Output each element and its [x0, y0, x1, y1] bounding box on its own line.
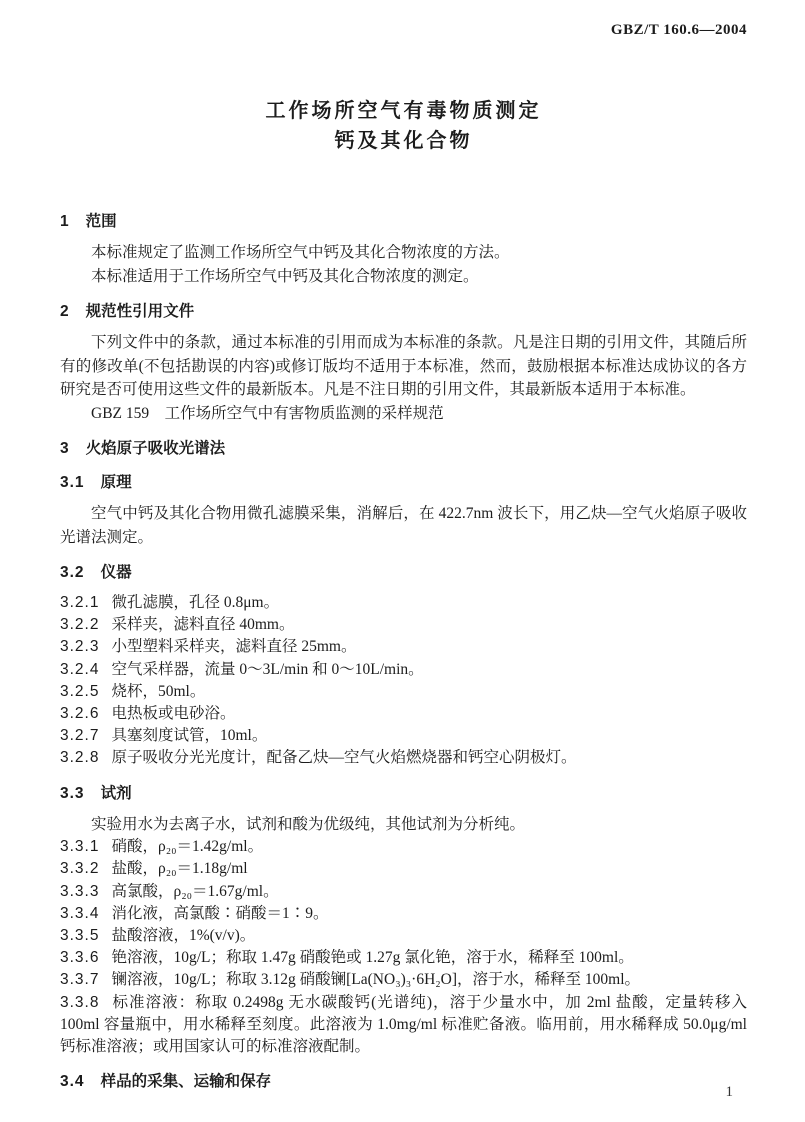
clause-number: 3.2.6	[60, 705, 99, 722]
clause-text: 标准溶液：称取 0.2498g 无水碳酸钙(光谱纯)，溶于少量水中，加 2ml …	[60, 994, 747, 1055]
document-body: 1范围 本标准规定了监测工作场所空气中钙及其化合物浓度的方法。 本标准适用于工作…	[60, 211, 747, 1092]
clause-item-3-2-2: 3.2.2采样夹，滤料直径 40mm。	[60, 614, 747, 636]
section-heading-apparatus: 3.2仪器	[60, 562, 747, 583]
section-number: 1	[60, 213, 70, 230]
clause-number: 3.2.8	[60, 749, 99, 766]
clause-number: 3.2.2	[60, 616, 99, 633]
clause-number: 3.2.7	[60, 727, 99, 744]
clause-item-3-3-6: 3.3.6铯溶液，10g/L；称取 1.47g 硝酸铯或 1.27g 氯化铯，溶…	[60, 947, 747, 969]
standard-number: GBZ/T 160.6—2004	[611, 22, 747, 38]
clause-item-3-3-4: 3.3.4消化液，高氯酸∶硝酸＝1∶9。	[60, 903, 747, 925]
clause-text: 电热板或电砂浴。	[111, 705, 235, 722]
clause-item-3-2-5: 3.2.5烧杯，50ml。	[60, 681, 747, 703]
clause-text: 具塞刻度试管，10ml。	[111, 727, 267, 744]
clause-number: 3.3.5	[60, 927, 99, 944]
clause-number: 3.2.4	[60, 661, 99, 678]
document-title: 工作场所空气有毒物质测定 钙及其化合物	[60, 96, 747, 156]
clause-text: 高氯酸，ρ₂₀＝1.67g/ml。	[111, 883, 278, 900]
clause-number: 3.3.2	[60, 860, 99, 877]
clause-text: 采样夹，滤料直径 40mm。	[111, 616, 294, 633]
section-number: 3.1	[60, 474, 85, 491]
section-heading-scope: 1范围	[60, 211, 747, 232]
clause-item-3-2-8: 3.2.8原子吸收分光光度计，配备乙炔—空气火焰燃烧器和钙空心阴极灯。	[60, 747, 747, 769]
clause-number: 3.3.7	[60, 971, 99, 988]
clause-text: 微孔滤膜，孔径 0.8μm。	[111, 594, 279, 611]
clause-text: 小型塑料采样夹，滤料直径 25mm。	[111, 638, 356, 655]
clause-item-3-3-1: 3.3.1硝酸，ρ₂₀＝1.42g/ml。	[60, 836, 747, 858]
document-header: GBZ/T 160.6—2004	[60, 20, 747, 40]
clause-text: 铯溶液，10g/L；称取 1.47g 硝酸铯或 1.27g 氯化铯，溶于水，稀释…	[111, 949, 633, 966]
reference-entry: GBZ 159 工作场所空气中有害物质监测的采样规范	[60, 402, 747, 426]
section-heading-normative-references: 2规范性引用文件	[60, 301, 747, 322]
clause-text: 空气采样器，流量 0～3L/min 和 0～10L/min。	[111, 661, 423, 678]
scope-paragraph: 本标准规定了监测工作场所空气中钙及其化合物浓度的方法。	[60, 241, 747, 265]
section-title: 仪器	[101, 564, 132, 581]
section-title: 试剂	[101, 785, 132, 802]
title-line-1: 工作场所空气有毒物质测定	[60, 96, 747, 126]
clause-number: 3.3.1	[60, 838, 99, 855]
clause-number: 3.3.8	[60, 994, 99, 1011]
section-heading-reagents: 3.3试剂	[60, 783, 747, 804]
clause-item-3-2-3: 3.2.3小型塑料采样夹，滤料直径 25mm。	[60, 636, 747, 658]
clause-item-3-2-7: 3.2.7具塞刻度试管，10ml。	[60, 725, 747, 747]
section-number: 2	[60, 303, 70, 320]
section-number: 3.3	[60, 785, 85, 802]
document-page: GBZ/T 160.6—2004 工作场所空气有毒物质测定 钙及其化合物 1范围…	[0, 0, 805, 1122]
principle-paragraph: 空气中钙及其化合物用微孔滤膜采集，消解后，在 422.7nm 波长下，用乙炔—空…	[60, 502, 747, 549]
clause-text: 盐酸溶液，1%(v/v)。	[111, 927, 255, 944]
section-title: 范围	[86, 213, 117, 230]
clause-item-3-3-7: 3.3.7镧溶液，10g/L；称取 3.12g 硝酸镧[La(NO₃)₃·6H₂…	[60, 969, 747, 991]
scope-paragraph: 本标准适用于工作场所空气中钙及其化合物浓度的测定。	[60, 265, 747, 289]
clause-text: 消化液，高氯酸∶硝酸＝1∶9。	[111, 905, 328, 922]
section-title: 规范性引用文件	[86, 303, 195, 320]
clause-item-3-3-2: 3.3.2盐酸，ρ₂₀＝1.18g/ml	[60, 858, 747, 880]
clause-number: 3.3.6	[60, 949, 99, 966]
section-number: 3.4	[60, 1073, 85, 1090]
normative-references-paragraph: 下列文件中的条款，通过本标准的引用而成为本标准的条款。凡是注日期的引用文件，其随…	[60, 331, 747, 402]
clause-text: 盐酸，ρ₂₀＝1.18g/ml	[111, 860, 247, 877]
section-number: 3	[60, 440, 70, 457]
clause-text: 原子吸收分光光度计，配备乙炔—空气火焰燃烧器和钙空心阴极灯。	[111, 749, 576, 766]
clause-text: 硝酸，ρ₂₀＝1.42g/ml。	[111, 838, 263, 855]
clause-text: 烧杯，50ml。	[111, 683, 205, 700]
section-heading-method: 3火焰原子吸收光谱法	[60, 438, 747, 459]
title-line-2: 钙及其化合物	[60, 126, 747, 156]
clause-item-3-3-3: 3.3.3高氯酸，ρ₂₀＝1.67g/ml。	[60, 881, 747, 903]
section-title: 样品的采集、运输和保存	[101, 1073, 272, 1090]
clause-number: 3.2.1	[60, 594, 99, 611]
clause-item-3-3-8: 3.3.8标准溶液：称取 0.2498g 无水碳酸钙(光谱纯)，溶于少量水中，加…	[60, 992, 747, 1059]
clause-item-3-2-1: 3.2.1微孔滤膜，孔径 0.8μm。	[60, 592, 747, 614]
clause-number: 3.3.4	[60, 905, 99, 922]
clause-number: 3.2.5	[60, 683, 99, 700]
clause-item-3-3-5: 3.3.5盐酸溶液，1%(v/v)。	[60, 925, 747, 947]
reagents-intro-paragraph: 实验用水为去离子水，试剂和酸为优级纯，其他试剂为分析纯。	[60, 813, 747, 837]
clause-number: 3.3.3	[60, 883, 99, 900]
clause-text: 镧溶液，10g/L；称取 3.12g 硝酸镧[La(NO₃)₃·6H₂O]，溶于…	[111, 971, 640, 988]
section-title: 火焰原子吸收光谱法	[86, 440, 226, 457]
clause-item-3-2-4: 3.2.4空气采样器，流量 0～3L/min 和 0～10L/min。	[60, 659, 747, 681]
clause-item-3-2-6: 3.2.6电热板或电砂浴。	[60, 703, 747, 725]
page-number: 1	[726, 1084, 734, 1101]
section-heading-principle: 3.1原理	[60, 472, 747, 493]
section-title: 原理	[101, 474, 132, 491]
section-number: 3.2	[60, 564, 85, 581]
clause-number: 3.2.3	[60, 638, 99, 655]
section-heading-sampling: 3.4样品的采集、运输和保存	[60, 1071, 747, 1092]
